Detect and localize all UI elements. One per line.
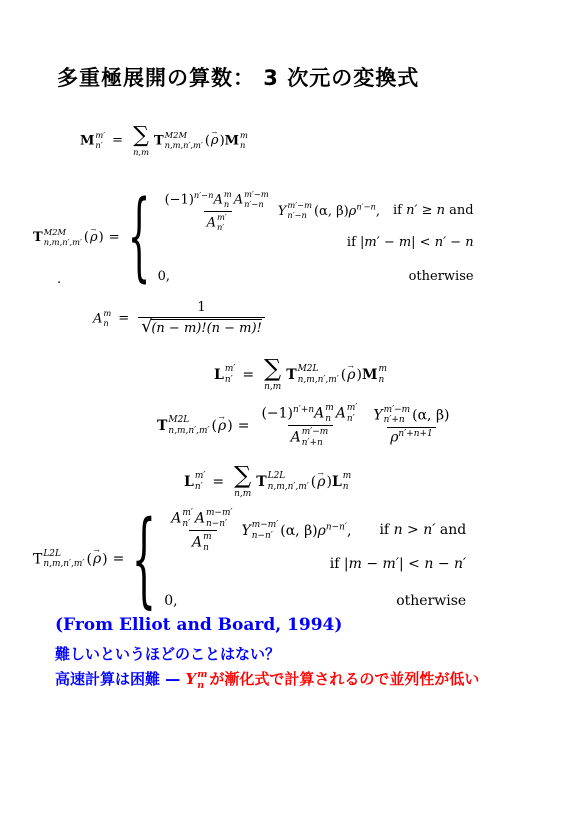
fraction: (−1)n′−nAmnAm′−mn′−nAm′n′ <box>162 190 274 233</box>
sigma-sum: ∑n,m <box>234 464 251 500</box>
slide: 多重極展開の算数： 3 次元の変換式 Mm′n′=∑n,mTM2Mn,m,n′,… <box>0 0 579 819</box>
condition: if |m − m′| < n − n′ <box>330 556 466 574</box>
warning-red-text: が漸化式で計算されるので並列性が低い <box>209 670 479 688</box>
formula-anm-definition: Amn=1√(n − m)!(n − m)! <box>93 300 269 338</box>
sigma-sum: ∑n,m <box>133 124 149 157</box>
condition: if n > n′ and <box>379 522 466 540</box>
remark-line: 難しいというほどのことはない？ <box>55 643 280 664</box>
vector-rho: ρ <box>211 133 219 148</box>
vector-rho: ρ <box>317 474 325 490</box>
stray-period: . <box>57 272 61 288</box>
condition: if n′ ≥ n and <box>393 203 474 219</box>
condition: otherwise <box>409 269 474 285</box>
formula-l2l-operator: TL2Ln,m,n′,m′(ρ)={Am′n′Am−m′n−n′AmnYm−m′… <box>33 508 466 611</box>
fraction: Ym′−mn′+n(α, β)ρn′+n+1 <box>370 405 452 448</box>
formula-m2m-operator: TM2Mn,m,n′,m′(ρ)={(−1)n′−nAmnAm′−mn′−nAm… <box>33 190 474 285</box>
warning-blue-text: 高速計算は困難 — <box>55 670 180 688</box>
fraction: (−1)n′+nAmnAm′n′Am′−mn′+n <box>258 403 362 449</box>
vector-rho: ρ <box>93 551 101 567</box>
page-title: 多重極展開の算数： 3 次元の変換式 <box>57 62 419 92</box>
vector-rho: ρ <box>218 418 226 434</box>
formula-l2l-translation: Lm′n′=∑n,mTL2Ln,m,n′,m′(ρ)Lmn <box>184 464 353 500</box>
cases-brace: { <box>127 190 150 286</box>
vector-rho: ρ <box>347 367 355 383</box>
fraction: 1√(n − m)!(n − m)! <box>138 300 265 338</box>
square-root: √(n − m)!(n − m)! <box>141 319 262 337</box>
sigma-sum: ∑n,m <box>264 357 281 393</box>
citation-line: (From Elliot and Board, 1994) <box>55 615 342 635</box>
fraction: Am′n′Am−m′n−n′Amn <box>168 508 237 554</box>
cases-brace: { <box>132 508 157 612</box>
formula-m2l-operator: TM2Ln,m,n′,m′(ρ)=(−1)n′+nAmnAm′n′Am′−mn′… <box>157 403 457 449</box>
cases-block: {(−1)n′−nAmnAm′−mn′−nAm′n′Ym′−mn′−n(α, β… <box>125 190 474 285</box>
cases-block: {Am′n′Am−m′n−n′AmnYm−m′n−n′(α, β)ρn−n′,i… <box>129 508 466 611</box>
formula-m2m-translation: Mm′n′=∑n,mTM2Mn,m,n′,m′(ρ)Mmn <box>80 124 250 157</box>
condition: otherwise <box>396 593 466 611</box>
vector-rho: ρ <box>90 230 98 245</box>
formula-m2l-translation: Lm′n′=∑n,mTM2Ln,m,n′,m′(ρ)Mmn <box>214 357 389 393</box>
ynm-symbol: Ymn <box>185 670 209 688</box>
warning-line: 高速計算は困難 — Ymnが漸化式で計算されるので並列性が低い <box>55 668 479 692</box>
condition: if |m′ − m| < n′ − n <box>347 235 474 251</box>
